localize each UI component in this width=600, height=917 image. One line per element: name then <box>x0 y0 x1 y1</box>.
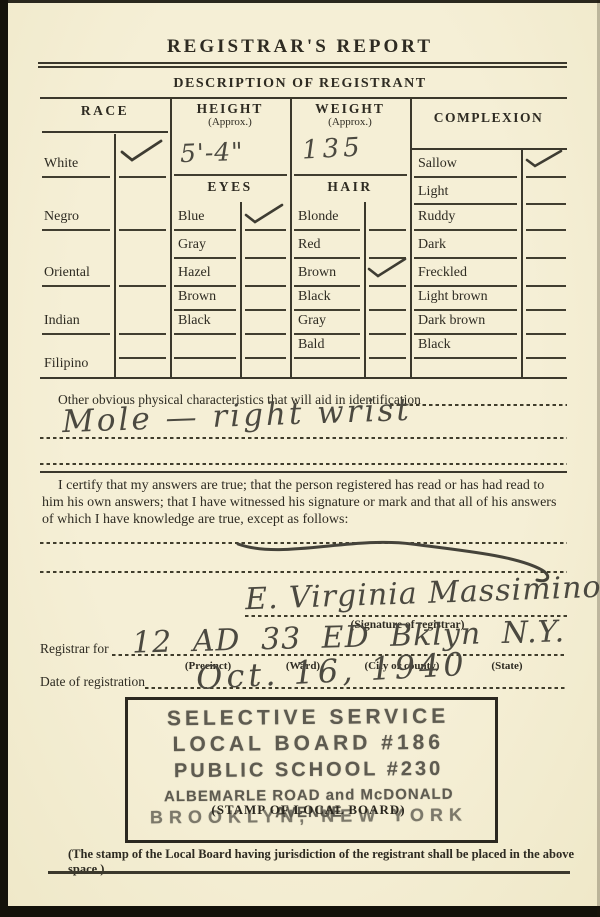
race-cell-line <box>42 229 110 231</box>
eyes-cell-line <box>174 333 236 335</box>
hair-checkbox-line <box>369 229 406 231</box>
eyes-check-divider <box>240 202 242 378</box>
race-option-white: White <box>44 156 78 172</box>
page-bottom-rule <box>48 871 570 874</box>
checkmark-icon-brown-hair <box>366 256 408 280</box>
height-weight-divider <box>290 97 292 378</box>
state-label: (State) <box>467 660 547 672</box>
hair-option-blonde: Blonde <box>298 209 338 225</box>
complexion-checkbox-line <box>526 203 566 205</box>
complexion-option-light: Light <box>418 184 448 200</box>
hair-header: HAIR <box>290 179 410 195</box>
height-value-underline <box>174 174 287 176</box>
complexion-cell-line <box>414 203 517 205</box>
complexion-cell-line <box>414 257 517 259</box>
race-checkbox-line <box>119 333 166 335</box>
weight-complexion-divider <box>410 97 412 378</box>
hair-option-red: Red <box>298 237 321 253</box>
race-option-oriental: Oriental <box>44 265 90 281</box>
eyes-header: EYES <box>170 179 290 195</box>
hair-option-black: Black <box>298 289 331 305</box>
fill-line <box>40 437 567 439</box>
eyes-cell-line <box>174 257 236 259</box>
hair-option-bald: Bald <box>298 337 324 353</box>
eyes-checkbox-line <box>245 333 286 335</box>
hair-cell-line <box>294 357 360 359</box>
race-header: RACE <box>40 103 170 119</box>
hair-option-gray: Gray <box>298 313 326 329</box>
race-checkbox-line <box>119 229 166 231</box>
section-title: DESCRIPTION OF REGISTRANT <box>0 76 600 92</box>
checkmark-icon-white-race <box>118 137 164 165</box>
eyes-checkbox-line <box>245 357 286 359</box>
eyes-option-blue: Blue <box>178 209 204 225</box>
eyes-checkbox-line <box>245 229 286 231</box>
hair-cell-line <box>294 309 360 311</box>
race-option-negro: Negro <box>44 209 79 225</box>
race-header-underline <box>42 131 168 133</box>
complexion-cell-line <box>414 229 517 231</box>
eyes-checkbox-line <box>245 309 286 311</box>
registrars-report-form: REGISTRAR'S REPORT DESCRIPTION OF REGIST… <box>0 0 600 917</box>
complexion-option-sallow: Sallow <box>418 156 457 172</box>
complexion-check-divider <box>521 148 523 378</box>
race-checkbox-line <box>119 357 166 359</box>
stamp-line-3: PUBLIC SCHOOL #230 <box>128 757 489 783</box>
hair-checkbox-line <box>369 357 406 359</box>
race-cell-line <box>42 333 110 335</box>
complexion-option-dark-brown: Dark brown <box>418 313 485 329</box>
scan-edge-top <box>0 0 600 3</box>
complexion-cell-line <box>414 309 517 311</box>
weight-value-underline <box>294 174 407 176</box>
complexion-cell-line <box>414 333 517 335</box>
complexion-option-light-brown: Light brown <box>418 289 488 305</box>
weight-approx-label: (Approx.) <box>290 116 410 128</box>
eyes-checkbox-line <box>245 257 286 259</box>
hair-checkbox-line <box>369 333 406 335</box>
complexion-checkbox-line <box>526 309 566 311</box>
eyes-cell-line <box>174 357 236 359</box>
race-cell-line <box>42 176 110 178</box>
double-rule-top <box>38 62 567 64</box>
complexion-cell-line <box>414 176 517 178</box>
eyes-cell-line <box>174 309 236 311</box>
height-value-handwriting: 5'-4" <box>180 137 245 168</box>
stamp-line-1: SELECTIVE SERVICE <box>127 704 488 731</box>
page-title: REGISTRAR'S REPORT <box>0 36 600 58</box>
race-checkbox-line <box>119 176 166 178</box>
eyes-option-hazel: Hazel <box>178 265 211 281</box>
complexion-checkbox-line <box>526 357 566 359</box>
complexion-option-freckled: Freckled <box>418 265 467 281</box>
complexion-option-dark: Dark <box>418 237 446 253</box>
height-header: HEIGHT <box>170 101 290 117</box>
scan-edge-bottom <box>0 906 600 917</box>
race-check-divider <box>114 134 116 378</box>
hair-option-brown: Brown <box>298 265 336 281</box>
table-bottom-rule <box>40 377 567 379</box>
fill-line <box>40 463 567 465</box>
complexion-checkbox-line <box>526 285 566 287</box>
other-characteristics-dots <box>390 404 567 406</box>
complexion-header: COMPLEXION <box>410 110 567 126</box>
eyes-checkbox-line <box>245 285 286 287</box>
hair-check-divider <box>364 202 366 378</box>
scan-edge-left <box>0 0 8 917</box>
complexion-option-black: Black <box>418 337 451 353</box>
eyes-cell-line <box>174 229 236 231</box>
race-checkbox-line <box>119 285 166 287</box>
eyes-cell-line <box>174 285 236 287</box>
checkmark-icon-blue-eyes <box>243 202 285 226</box>
registrar-for-label: Registrar for <box>40 641 109 657</box>
certification-paragraph: I certify that my answers are true; that… <box>42 477 566 528</box>
complexion-option-ruddy: Ruddy <box>418 209 455 225</box>
double-rule-bottom <box>38 66 567 68</box>
hair-cell-line <box>294 285 360 287</box>
eyes-option-black: Black <box>178 313 211 329</box>
race-height-divider <box>170 97 172 378</box>
hair-checkbox-line <box>369 309 406 311</box>
section-divider-rule <box>40 471 567 473</box>
eyes-option-brown: Brown <box>178 289 216 305</box>
complexion-checkbox-line <box>526 257 566 259</box>
hair-cell-line <box>294 333 360 335</box>
weight-header: WEIGHT <box>290 101 410 117</box>
stamp-of-local-board-label: (STAMP OF LOCAL BOARD) <box>128 802 489 818</box>
race-option-indian: Indian <box>44 313 80 329</box>
hair-cell-line <box>294 229 360 231</box>
complexion-checkbox-line <box>526 176 566 178</box>
race-cell-line <box>42 285 110 287</box>
table-top-rule <box>40 97 567 99</box>
complexion-checkbox-line <box>526 333 566 335</box>
eyes-option-gray: Gray <box>178 237 206 253</box>
hair-checkbox-line <box>369 285 406 287</box>
checkmark-icon-sallow-complexion <box>524 148 564 170</box>
complexion-checkbox-line <box>526 229 566 231</box>
weight-value-handwriting: 135 <box>301 132 364 165</box>
stamp-line-2: LOCAL BOARD #186 <box>128 730 489 757</box>
complexion-cell-line <box>414 285 517 287</box>
race-option-filipino: Filipino <box>44 356 88 372</box>
date-of-registration-label: Date of registration <box>40 674 145 690</box>
height-approx-label: (Approx.) <box>170 116 290 128</box>
hair-cell-line <box>294 257 360 259</box>
complexion-cell-line <box>414 357 517 359</box>
